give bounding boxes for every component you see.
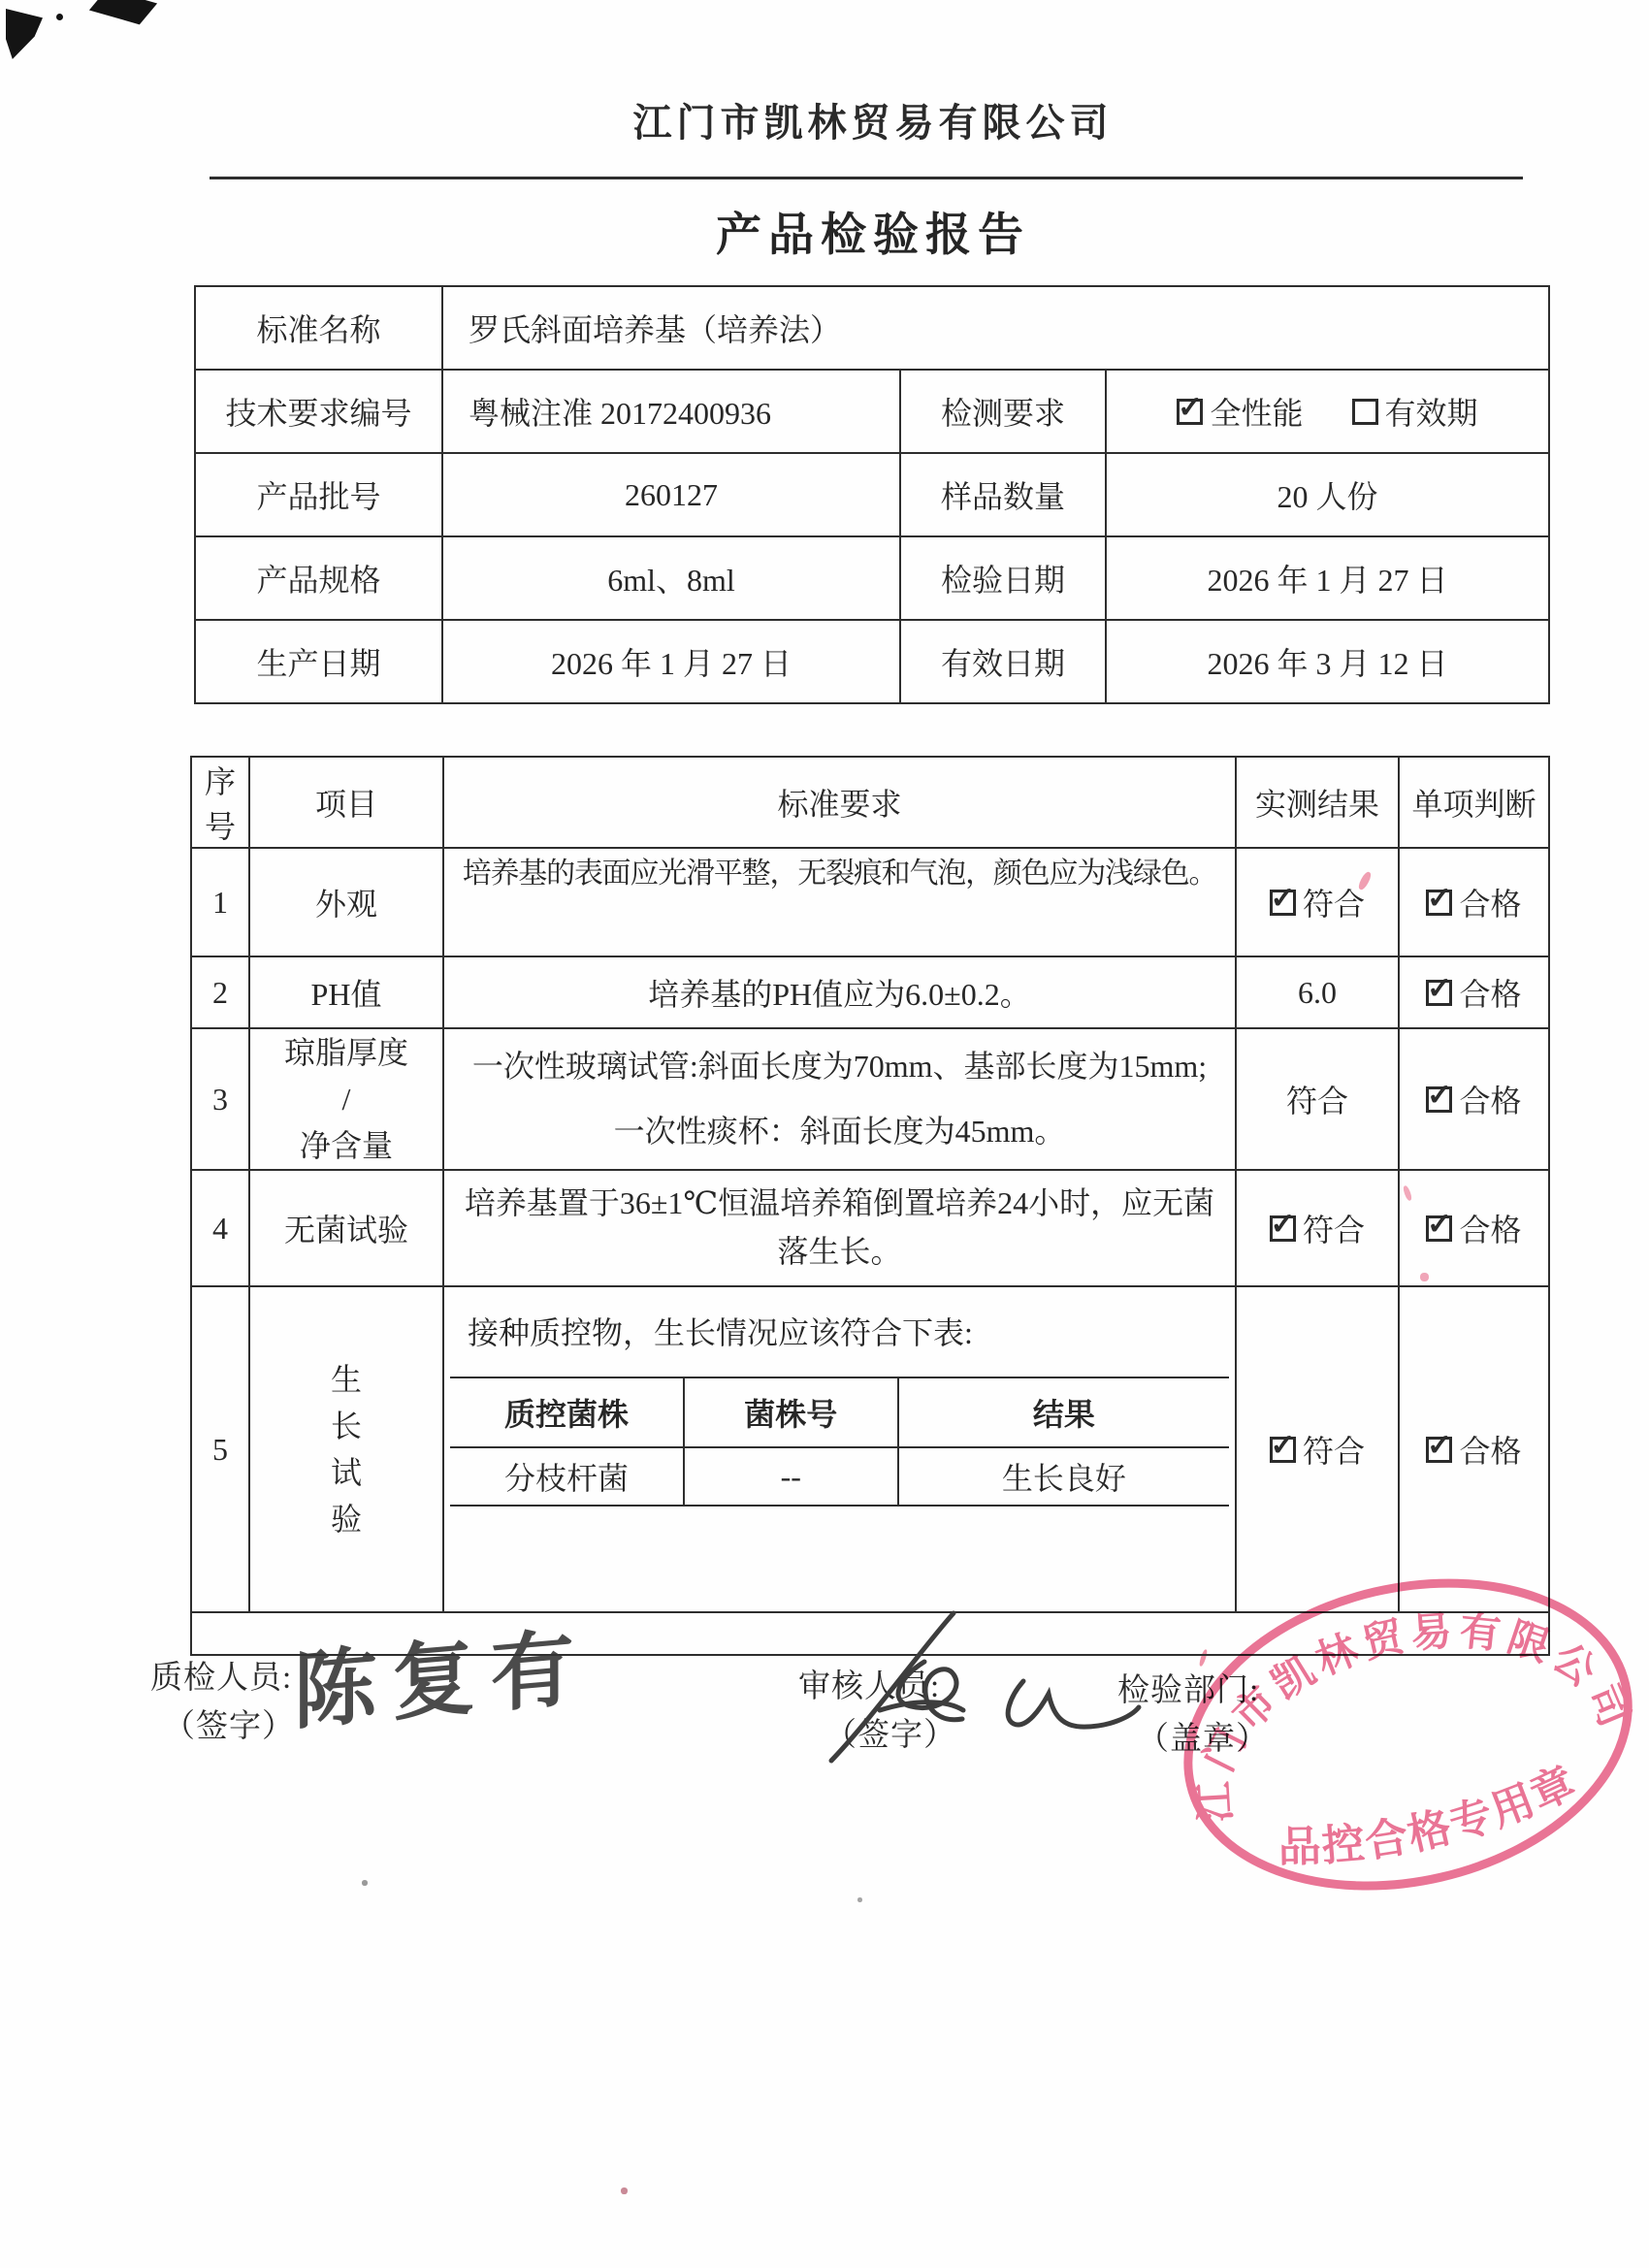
table-row: 1 外观 培养基的表面应光滑平整，无裂痕和气泡，颜色应为浅绿色。 符合 合格 bbox=[191, 848, 1549, 956]
field-value: 20 人份 bbox=[1106, 453, 1549, 536]
table-row: 技术要求编号 粤械注准 20172400936 检测要求 全性能 有效期 bbox=[195, 370, 1549, 453]
requirement-text: 一次性玻璃试管:斜面长度为70mm、基部长度为15mm; 一次性痰杯：斜面长度为… bbox=[443, 1028, 1236, 1170]
strain-no: -- bbox=[684, 1447, 898, 1506]
checked-checkbox-icon bbox=[1426, 1086, 1452, 1113]
judgement-checked: 合格 bbox=[1426, 1206, 1521, 1250]
table-row: 2 PH值 培养基的PH值应为6.0±0.2。 6.0 合格 bbox=[191, 956, 1549, 1028]
requirement-intro: 接种质控物，生长情况应该符合下表: bbox=[450, 1287, 1229, 1377]
option-full-performance: 全性能 bbox=[1177, 389, 1303, 434]
col-header-item: 项目 bbox=[249, 757, 443, 848]
table-row: 4 无菌试验 培养基置于36±1℃恒温培养箱倒置培养24小时，应无菌落生长。 符… bbox=[191, 1170, 1549, 1286]
company-name: 江门市凯林贸易有限公司 bbox=[194, 92, 1552, 147]
item-name: 无菌试验 bbox=[249, 1170, 443, 1286]
seal-caption-text: 品控合格专用章 bbox=[1268, 1755, 1588, 1890]
field-label: 产品规格 bbox=[195, 536, 442, 620]
scan-artifact bbox=[6, 9, 43, 59]
result-cell: 符合 bbox=[1236, 848, 1399, 956]
table-row: 分枝杆菌 -- 生长良好 bbox=[450, 1447, 1229, 1506]
row-no: 4 bbox=[191, 1170, 249, 1286]
svg-text:品控合格专用章: 品控合格专用章 bbox=[1268, 1755, 1588, 1890]
inspection-result-table: 序号 项目 标准要求 实测结果 单项判断 1 外观 培养基的表面应光滑平整，无裂… bbox=[190, 756, 1550, 1656]
table-header-row: 质控菌株 菌株号 结果 bbox=[450, 1377, 1229, 1447]
judgement-checked: 合格 bbox=[1426, 970, 1521, 1015]
growth-test-table: 质控菌株 菌株号 结果 分枝杆菌 -- 生长良好 bbox=[450, 1377, 1229, 1507]
field-value: 2026 年 1 月 27 日 bbox=[1106, 536, 1549, 620]
field-value: 6ml、8ml bbox=[442, 536, 900, 620]
table-row: 生产日期 2026 年 1 月 27 日 有效日期 2026 年 3 月 12 … bbox=[195, 620, 1549, 703]
checked-checkbox-icon bbox=[1426, 980, 1452, 1006]
table-row: 产品规格 6ml、8ml 检验日期 2026 年 1 月 27 日 bbox=[195, 536, 1549, 620]
table-row: 3 琼脂厚度 / 净含量 一次性玻璃试管:斜面长度为70mm、基部长度为15mm… bbox=[191, 1028, 1549, 1170]
field-value: 2026 年 3 月 12 日 bbox=[1106, 620, 1549, 703]
option-validity-period: 有效期 bbox=[1352, 389, 1478, 434]
col-header-strain: 质控菌株 bbox=[450, 1377, 684, 1447]
inspector-sign-label: （签字） bbox=[163, 1701, 295, 1746]
field-label: 产品批号 bbox=[195, 453, 442, 536]
field-label: 样品数量 bbox=[900, 453, 1106, 536]
strain-name: 分枝杆菌 bbox=[450, 1447, 684, 1506]
col-header-result: 实测结果 bbox=[1236, 757, 1399, 848]
result-cell: 符合 bbox=[1236, 1170, 1399, 1286]
checked-checkbox-icon bbox=[1426, 1437, 1452, 1463]
row-no: 5 bbox=[191, 1286, 249, 1612]
col-header-no: 序号 bbox=[191, 757, 249, 848]
inspector-label: 质检人员: bbox=[150, 1652, 292, 1698]
field-label: 技术要求编号 bbox=[195, 370, 442, 453]
row-no: 2 bbox=[191, 956, 249, 1028]
scan-artifact bbox=[857, 1897, 862, 1902]
table-header-row: 序号 项目 标准要求 实测结果 单项判断 bbox=[191, 757, 1549, 848]
judgement-cell: 合格 bbox=[1399, 956, 1549, 1028]
requirement-text: 培养基的PH值应为6.0±0.2。 bbox=[443, 956, 1236, 1028]
judgement-checked: 合格 bbox=[1426, 1427, 1521, 1472]
field-value: 260127 bbox=[442, 453, 900, 536]
scan-artifact bbox=[362, 1880, 368, 1886]
judgement-checked: 合格 bbox=[1426, 880, 1521, 924]
requirement-text: 培养基置于36±1℃恒温培养箱倒置培养24小时，应无菌落生长。 bbox=[443, 1170, 1236, 1286]
item-name: 外观 bbox=[249, 848, 443, 956]
item-name: 生 长 试 验 bbox=[249, 1286, 443, 1612]
checked-checkbox-icon bbox=[1426, 890, 1452, 916]
result-checked: 符合 bbox=[1270, 1206, 1365, 1250]
option-label: 有效期 bbox=[1385, 389, 1478, 434]
field-label: 生产日期 bbox=[195, 620, 442, 703]
col-header-result: 结果 bbox=[898, 1377, 1229, 1447]
field-label: 标准名称 bbox=[195, 286, 442, 370]
report-title: 产品检验报告 bbox=[194, 199, 1552, 264]
item-name: 琼脂厚度 / 净含量 bbox=[249, 1028, 443, 1170]
scan-artifact bbox=[89, 0, 157, 24]
field-label: 有效日期 bbox=[900, 620, 1106, 703]
judgement-cell: 合格 bbox=[1399, 848, 1549, 956]
requirement-cell: 接种质控物，生长情况应该符合下表: 质控菌株 菌株号 结果 分枝杆菌 -- 生长… bbox=[443, 1286, 1236, 1612]
strain-result: 生长良好 bbox=[898, 1447, 1229, 1506]
field-value: 2026 年 1 月 27 日 bbox=[442, 620, 900, 703]
header-divider bbox=[210, 177, 1523, 179]
reviewer-signature bbox=[820, 1605, 1159, 1770]
empty-area bbox=[450, 1507, 1229, 1611]
judgement-cell: 合格 bbox=[1399, 1028, 1549, 1170]
scan-artifact bbox=[56, 14, 63, 20]
checked-checkbox-icon bbox=[1426, 1215, 1452, 1242]
scan-artifact bbox=[621, 2187, 628, 2194]
field-label: 检测要求 bbox=[900, 370, 1106, 453]
col-header-requirement: 标准要求 bbox=[443, 757, 1236, 848]
result-checked: 符合 bbox=[1270, 880, 1365, 924]
judgement-cell: 合格 bbox=[1399, 1170, 1549, 1286]
unchecked-checkbox-icon bbox=[1352, 399, 1378, 425]
row-no: 3 bbox=[191, 1028, 249, 1170]
result-cell: 符合 bbox=[1236, 1028, 1399, 1170]
requirement-text: 培养基的表面应光滑平整，无裂痕和气泡，颜色应为浅绿色。 bbox=[443, 848, 1236, 956]
inspector-signature: 陈复有 bbox=[294, 1599, 590, 1745]
company-seal: 江门市凯林贸易有限公司 品控合格专用章 bbox=[1166, 1542, 1649, 1930]
field-value: 罗氏斜面培养基（培养法） bbox=[442, 286, 1549, 370]
checked-checkbox-icon bbox=[1270, 890, 1296, 916]
checked-checkbox-icon bbox=[1177, 399, 1203, 425]
checked-checkbox-icon bbox=[1270, 1437, 1296, 1463]
option-label: 全性能 bbox=[1210, 389, 1303, 434]
row-no: 1 bbox=[191, 848, 249, 956]
product-info-table: 标准名称 罗氏斜面培养基（培养法） 技术要求编号 粤械注准 2017240093… bbox=[194, 285, 1550, 704]
table-row: 标准名称 罗氏斜面培养基（培养法） bbox=[195, 286, 1549, 370]
result-cell: 6.0 bbox=[1236, 956, 1399, 1028]
field-value: 全性能 有效期 bbox=[1106, 370, 1549, 453]
judgement-checked: 合格 bbox=[1426, 1077, 1521, 1121]
table-row: 产品批号 260127 样品数量 20 人份 bbox=[195, 453, 1549, 536]
item-name: PH值 bbox=[249, 956, 443, 1028]
field-value: 粤械注准 20172400936 bbox=[442, 370, 900, 453]
col-header-judgement: 单项判断 bbox=[1399, 757, 1549, 848]
scanned-report-page: 江门市凯林贸易有限公司 产品检验报告 标准名称 罗氏斜面培养基（培养法） 技术要… bbox=[0, 0, 1649, 2268]
col-header-strain-no: 菌株号 bbox=[684, 1377, 898, 1447]
field-label: 检验日期 bbox=[900, 536, 1106, 620]
result-checked: 符合 bbox=[1270, 1427, 1365, 1472]
checked-checkbox-icon bbox=[1270, 1215, 1296, 1242]
